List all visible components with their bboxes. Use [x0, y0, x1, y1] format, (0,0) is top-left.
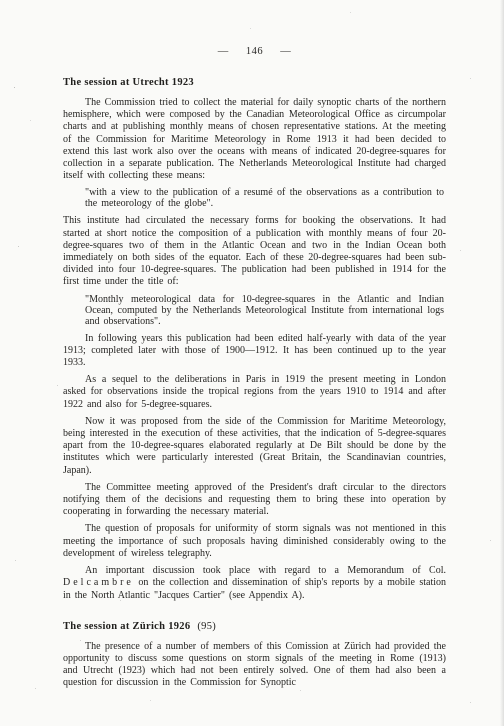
paragraph-proposal-5-degree: Now it was proposed from the side of the…	[63, 416, 446, 477]
paragraph-committee-circular: The Committee meeting approved of the Pr…	[63, 482, 446, 519]
section-heading-utrecht: The session at Utrecht 1923	[63, 77, 446, 88]
paper-noise	[0, 0, 1, 1]
page-number: — 146 —	[63, 46, 446, 57]
paragraph-institute-forms: This institute had circulated the necess…	[63, 215, 446, 288]
delcambre-name: Delcambre	[63, 577, 134, 588]
page-edge-shadow	[500, 0, 504, 726]
paragraph-delcambre-memorandum: An important discussion took place with …	[63, 565, 446, 602]
paragraph-zurich-presence: The presence of a number of members of t…	[63, 641, 446, 690]
paragraph-sequel-paris: As a sequel to the deliberations in Pari…	[63, 374, 446, 411]
blockquote-resume-globe: "with a view to the publication of a res…	[85, 187, 444, 209]
section-heading-zurich: The session at Zürich 1926 (95)	[63, 621, 446, 632]
section-utrecht-1923: The session at Utrecht 1923 The Commissi…	[63, 77, 446, 602]
zurich-heading-text: The session at Zürich 1926	[63, 621, 190, 632]
paragraph-following-years: In following years this publication had …	[63, 333, 446, 370]
document-page: — 146 — The session at Utrecht 1923 The …	[0, 0, 504, 726]
blockquote-monthly-data-title: "Monthly meteorological data for 10-degr…	[85, 294, 444, 327]
page-content: — 146 — The session at Utrecht 1923 The …	[63, 46, 446, 695]
paragraph-commission-material: The Commission tried to collect the mate…	[63, 97, 446, 182]
memorandum-text-before: An important discussion took place with …	[85, 565, 446, 576]
section-zurich-1926: The session at Zürich 1926 (95) The pres…	[63, 621, 446, 690]
paragraph-storm-signals: The question of proposals for uniformity…	[63, 523, 446, 560]
zurich-heading-reference: (95)	[197, 621, 216, 632]
